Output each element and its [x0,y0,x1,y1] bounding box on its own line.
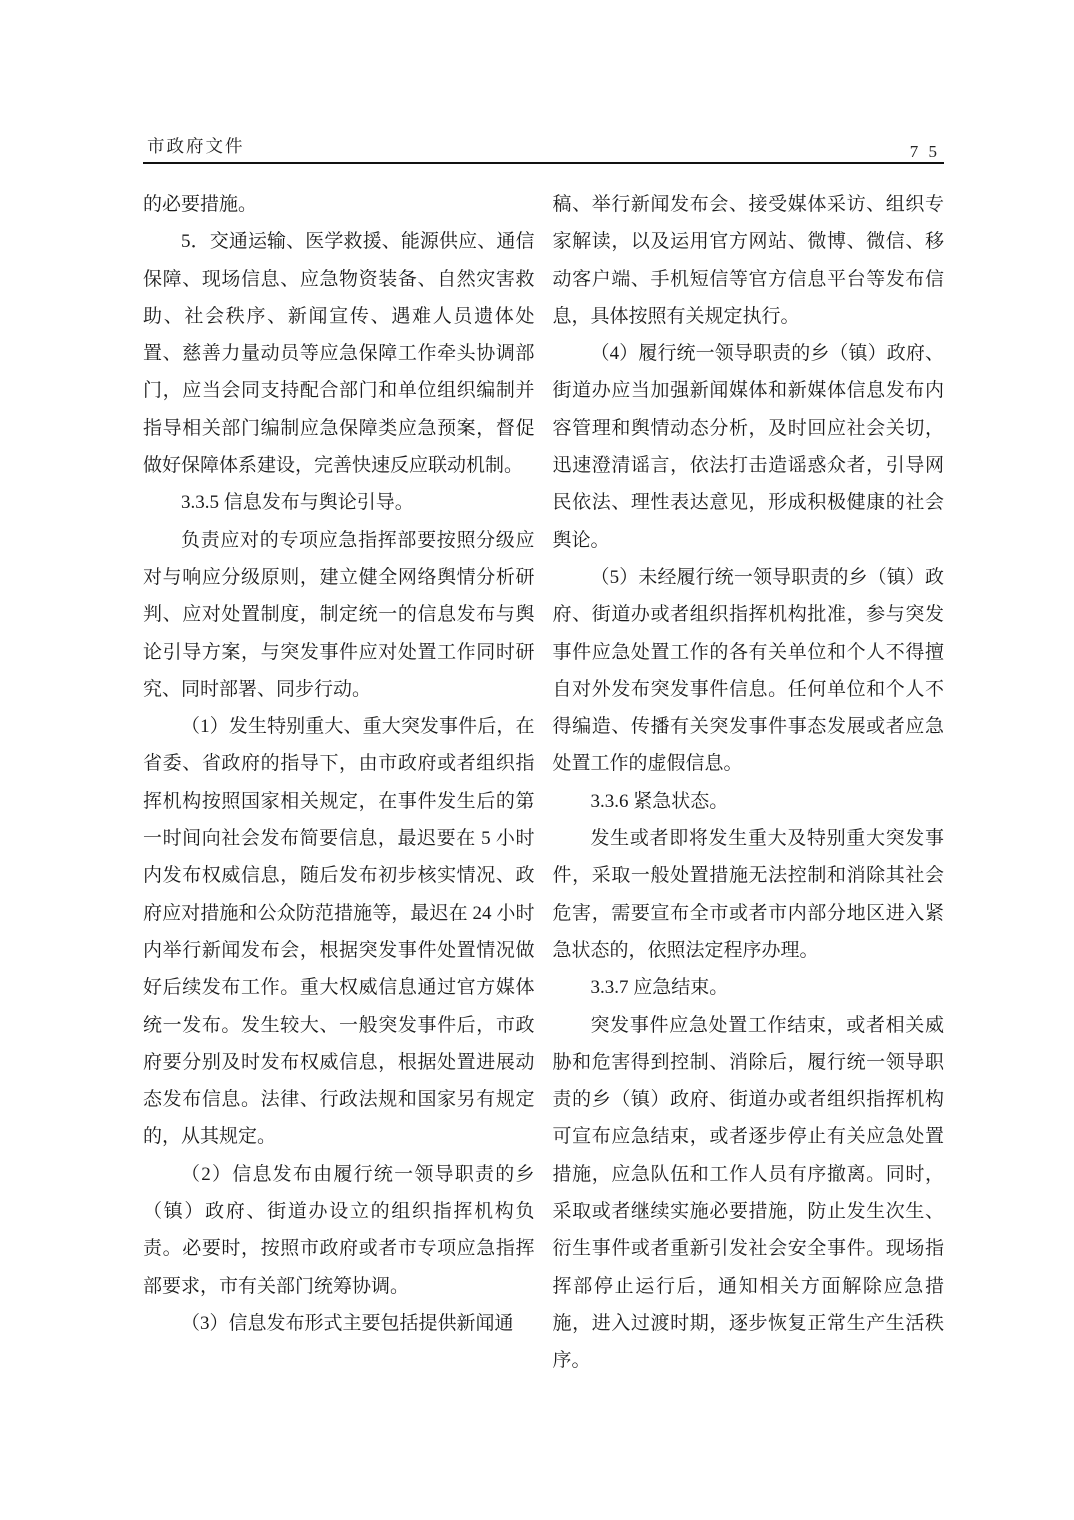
document-page: 市政府文件 7 5 的必要措施。 5．交通运输、医学救援、能源供应、通信保障、现… [0,0,1074,1520]
section-heading-335: 3.3.5 信息发布与舆论引导。 [143,484,535,521]
paragraph: 负责应对的专项应急指挥部要按照分级应对与响应分级原则，建立健全网络舆情分析研判、… [143,522,535,708]
page-header: 市政府文件 7 5 [143,0,944,164]
section-heading-337: 3.3.7 应急结束。 [553,969,945,1006]
paragraph: （2）信息发布由履行统一领导职责的乡（镇）政府、街道办设立的组织指挥机构负责。必… [143,1156,535,1305]
right-column: 稿、举行新闻发布会、接受媒体采访、组织专家解读，以及运用官方网站、微博、微信、移… [553,186,945,1380]
page-number: 7 5 [910,142,940,162]
document-body: 的必要措施。 5．交通运输、医学救援、能源供应、通信保障、现场信息、应急物资装备… [143,186,944,1380]
section-heading-336: 3.3.6 紧急状态。 [553,783,945,820]
paragraph: 5．交通运输、医学救援、能源供应、通信保障、现场信息、应急物资装备、自然灾害救助… [143,223,535,484]
header-rule [143,162,944,164]
paragraph: （4）履行统一领导职责的乡（镇）政府、街道办应当加强新闻媒体和新媒体信息发布内容… [553,335,945,559]
paragraph: （1）发生特别重大、重大突发事件后，在省委、省政府的指导下，由市政府或者组织指挥… [143,708,535,1156]
paragraph: 突发事件应急处置工作结束，或者相关威胁和危害得到控制、消除后，履行统一领导职责的… [553,1007,945,1380]
paragraph: （5）未经履行统一领导职责的乡（镇）政府、街道办或者组织指挥机构批准，参与突发事… [553,559,945,783]
doc-type-label: 市政府文件 [147,133,245,158]
paragraph: 发生或者即将发生重大及特别重大突发事件，采取一般处置措施无法控制和消除其社会危害… [553,820,945,969]
left-column: 的必要措施。 5．交通运输、医学救援、能源供应、通信保障、现场信息、应急物资装备… [143,186,535,1380]
paragraph: （3）信息发布形式主要包括提供新闻通 [143,1305,535,1342]
paragraph-continuation: 的必要措施。 [143,186,535,223]
paragraph-continuation: 稿、举行新闻发布会、接受媒体采访、组织专家解读，以及运用官方网站、微博、微信、移… [553,186,945,335]
